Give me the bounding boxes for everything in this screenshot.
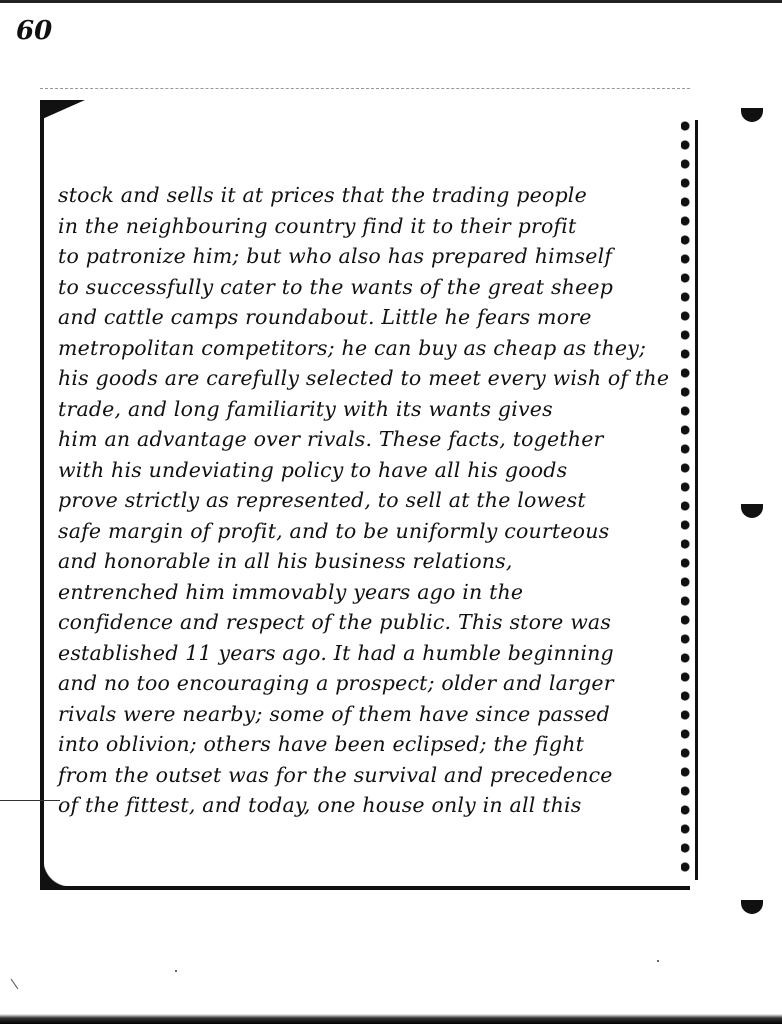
text-line: and honorable in all his business relati…: [58, 546, 683, 577]
text-line: confidence and respect of the public. Th…: [58, 607, 683, 638]
text-line: stock and sells it at prices that the tr…: [58, 180, 683, 211]
text-line: from the outset was for the survival and…: [58, 760, 683, 791]
notebook-sheet: stock and sells it at prices that the tr…: [40, 100, 690, 890]
punch-hole-icon: [741, 504, 763, 518]
text-line: entrenched him immovably years ago in th…: [58, 577, 683, 608]
text-line: prove strictly as represented, to sell a…: [58, 485, 683, 516]
text-line: in the neighbouring country find it to t…: [58, 211, 683, 242]
text-line: safe margin of profit, and to be uniform…: [58, 516, 683, 547]
handwritten-text: stock and sells it at prices that the tr…: [58, 180, 683, 821]
sheet-top-rule: [40, 88, 690, 89]
spiral-binding: [681, 120, 698, 880]
page-number: 60: [16, 16, 52, 46]
text-line: him an advantage over rivals. These fact…: [58, 424, 683, 455]
corner-top-left-mark: [40, 100, 85, 120]
text-line: with his undeviating policy to have all …: [58, 455, 683, 486]
scan-speck: [657, 960, 659, 962]
text-line: trade, and long familiarity with its wan…: [58, 394, 683, 425]
text-line: to patronize him; but who also has prepa…: [58, 241, 683, 272]
margin-pencil-mark: [0, 800, 60, 801]
text-line: and cattle camps roundabout. Little he f…: [58, 302, 683, 333]
text-line: rivals were nearby; some of them have si…: [58, 699, 683, 730]
text-line: of the fittest, and today, one house onl…: [58, 790, 683, 821]
text-line: into oblivion; others have been eclipsed…: [58, 729, 683, 760]
punch-hole-icon: [741, 900, 763, 914]
scan-speck: [175, 970, 177, 972]
text-line: established 11 years ago. It had a humbl…: [58, 638, 683, 669]
corner-bottom-left-mark: [40, 860, 70, 890]
text-line: and no too encouraging a prospect; older…: [58, 668, 683, 699]
scan-stray-mark: [11, 979, 19, 989]
text-line: to successfully cater to the wants of th…: [58, 272, 683, 303]
text-line: his goods are carefully selected to meet…: [58, 363, 683, 394]
scan-bottom-edge: [0, 1014, 782, 1024]
text-line: metropolitan competitors; he can buy as …: [58, 333, 683, 364]
punch-hole-icon: [741, 108, 763, 122]
scan-top-edge: [0, 0, 782, 3]
